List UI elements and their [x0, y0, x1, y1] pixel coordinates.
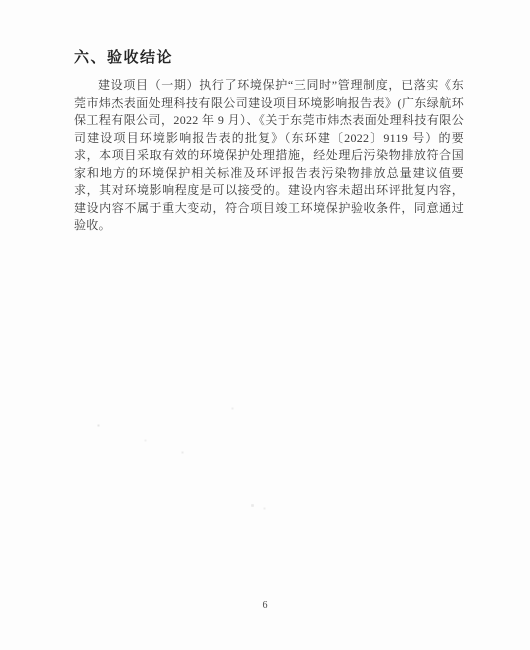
page-number: 6: [0, 600, 530, 611]
section-acceptance-conclusion: 六、验收结论 建设项目（一期）执行了环境保护“三同时”管理制度，已落实《东莞市炜…: [74, 48, 464, 235]
body-paragraph: 建设项目（一期）执行了环境保护“三同时”管理制度，已落实《东莞市炜杰表面处理科技…: [74, 77, 464, 235]
section-heading: 六、验收结论: [74, 48, 464, 68]
document-page: 六、验收结论 建设项目（一期）执行了环境保护“三同时”管理制度，已落实《东莞市炜…: [0, 0, 530, 650]
scan-noise: [0, 0, 1, 1]
